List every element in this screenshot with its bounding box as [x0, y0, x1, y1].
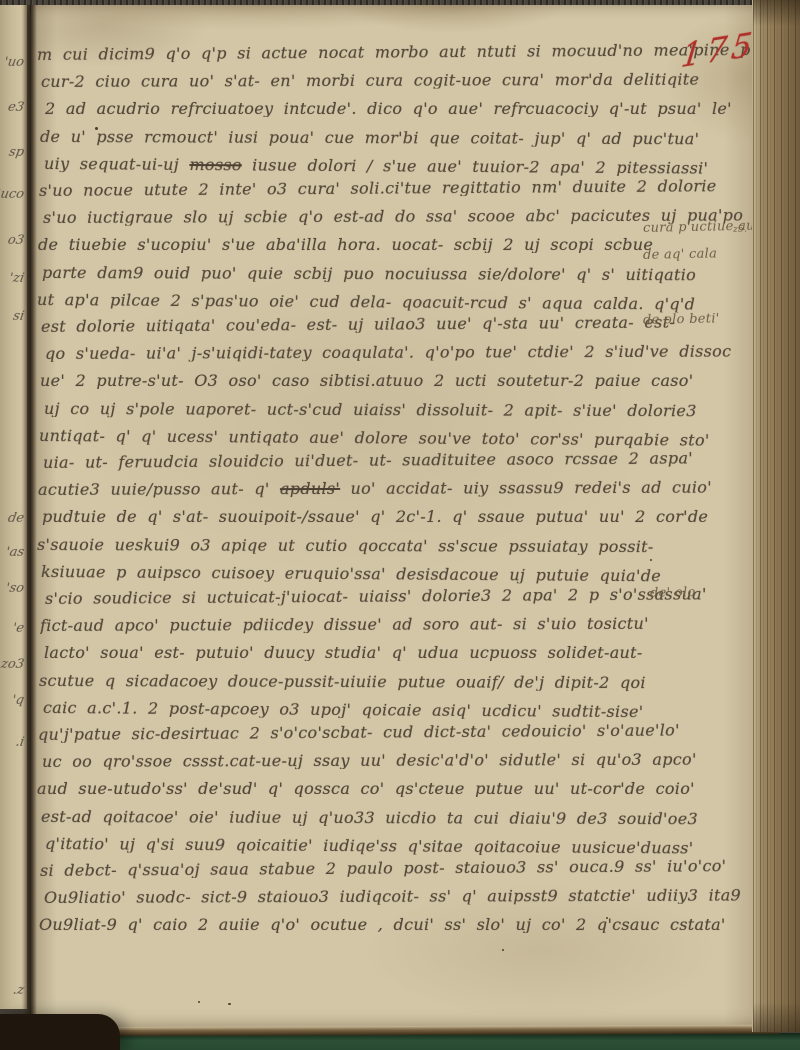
manuscript-text-line: acutie3 uuie/pusso aut- q' apduls' uo' a…: [38, 480, 712, 498]
facing-page-glyph: zo3: [0, 657, 25, 672]
line-segment: uiy sequat-ui-uj: [44, 156, 190, 174]
ink-speck: [650, 559, 652, 561]
manuscript-text-line: pudtuie de q' s'at- suouipoit-/ssaue' q'…: [42, 509, 708, 525]
facing-page-glyph: de: [0, 511, 25, 526]
facing-page-glyph: e': [0, 621, 25, 636]
facing-page-glyph: e3: [0, 100, 25, 115]
facing-page-glyph: zi': [0, 271, 25, 286]
manuscript-text-line: est-ad qoitacoe' oie' iudiue uj q'uo33 u…: [41, 809, 698, 827]
manuscript-text-line: m cui dicim9 q'o q'p si actue nocat morb…: [37, 42, 751, 63]
facing-page-glyph: si: [0, 309, 25, 324]
binding-corner: [0, 1014, 120, 1050]
line-segment: acutie3 uuie/pusso aut- q': [38, 480, 280, 498]
manuscript-text-line: s'uo nocue utute 2 inte' o3 cura' soli.c…: [39, 178, 717, 199]
facing-page-glyph: i.: [0, 735, 25, 750]
manuscript-page: 175 m cui dicim9 q'o q'p si actue nocat …: [31, 5, 758, 1033]
gutter-shadow: [23, 5, 37, 1025]
manuscript-text-line: lacto' soua' est- putuio' duucy studia' …: [44, 645, 643, 661]
manuscript-text-line: s'uo iuctigraue slo uj scbie q'o est-ad …: [43, 208, 743, 226]
manuscript-text-line: ue' 2 putre-s'ut- O3 oso' caso sibtisi.a…: [40, 373, 693, 389]
manuscript-text-line: est dolorie uitiqata' cou'eda- est- uj u…: [41, 315, 675, 335]
ink-speck: [606, 917, 608, 919]
manuscript-text-line: Ou9liat-9 q' caio 2 auiie q'o' ocutue , …: [39, 917, 726, 933]
manuscript-text-line: s'sauoie ueskui9 o3 apiqe ut cutio qocca…: [37, 537, 654, 555]
ink-speck: [228, 1003, 231, 1005]
struck-word: apduls': [280, 480, 340, 498]
manuscript-text-line: untiqat- q' q' ucess' untiqato aue' dolo…: [39, 428, 710, 449]
facing-page-glyph: so': [0, 581, 25, 596]
manuscript-photo: uo'e3spuco'o3zi'sideas'so'e'zo3q'i.z. 17…: [0, 0, 800, 1050]
manuscript-text-line: ksiuuae p auipsco cuisoey eruquio'ssa' d…: [41, 564, 661, 584]
fore-edge-pages: [752, 0, 800, 1032]
manuscript-text-line: caic a.c'.1. 2 post-apcoey o3 upoj' qoic…: [43, 700, 644, 720]
manuscript-text-line: parte dam9 ouid puo' quie scbij puo nocu…: [42, 265, 696, 283]
manuscript-text-line: de u' psse rcmouct' iusi poua' cue mor'b…: [40, 129, 699, 147]
line-segment: iusue dolori / s'ue aue' tuuior-2 apa' 2…: [242, 156, 709, 177]
line-segment: uo' accidat- uiy ssassu9 redei's ad cuio…: [340, 480, 712, 498]
manuscript-text-line: s'cio soudicice si uctuicat-j'uiocat- ui…: [45, 586, 707, 607]
manuscript-text-line: 2 ad acudrio refrciuatoey intcude'. dico…: [45, 101, 732, 117]
margin-note: de' olo: [650, 585, 696, 601]
ink-speck: [198, 1001, 200, 1003]
margin-note: z5.: [733, 225, 747, 235]
struck-word: mosso: [189, 156, 241, 174]
manuscript-text-line: si debct- q'ssua'oj saua stabue 2 paulo …: [40, 858, 726, 879]
ink-speck: [502, 949, 504, 951]
facing-page-glyph: uo': [0, 55, 25, 70]
manuscript-text-line: uiy sequat-ui-uj mosso iusue dolori / s'…: [44, 156, 708, 177]
manuscript-text-line: fict-aud apco' puctuie pdiicdey dissue' …: [40, 616, 649, 634]
facing-page-glyph: sp: [0, 145, 25, 160]
manuscript-text-line: uc oo qro'ssoe cssst.cat-ue-uj ssay uu' …: [42, 752, 697, 770]
manuscript-text-line: q'itatio' uj q'si suu9 qoicaitie' iudiqe…: [45, 836, 694, 857]
manuscript-text-line: Ou9liatio' suodc- sict-9 staiouo3 iudiqc…: [44, 888, 741, 906]
manuscript-text-line: qo s'ueda- ui'a' j-s'uiqidi-tatey coaqul…: [45, 344, 731, 362]
facing-page-glyph: uco': [0, 187, 25, 202]
manuscript-text-line: uj co uj s'pole uaporet- uct-s'cud uiais…: [44, 401, 697, 419]
manuscript-text-line: uia- ut- feruudcia slouidcio ui'duet- ut…: [43, 450, 693, 471]
text-block: m cui dicim9 q'o q'p si actue nocat morb…: [31, 5, 758, 1033]
facing-page-glyph: q': [0, 693, 25, 708]
manuscript-text-line: qu'j'patue sic-desirtuac 2 s'o'co'scbat-…: [38, 723, 680, 743]
manuscript-text-line: ut ap'a pilcae 2 s'pas'uo oie' cud dela-…: [37, 292, 695, 313]
ink-speck: [95, 127, 98, 130]
facing-page-glyph: z.: [0, 983, 25, 998]
margin-note: de olo beti': [643, 311, 720, 328]
facing-page-glyph: as': [0, 545, 25, 560]
manuscript-text-line: aud sue-utudo'ss' de'sud' q' qossca co' …: [37, 781, 695, 797]
manuscript-text-line: de tiuebie s'ucopiu' s'ue aba'illa hora.…: [38, 237, 653, 253]
manuscript-text-line: cur-2 ciuo cura uo' s'at- en' morbi cura…: [41, 72, 699, 90]
facing-page-glyph: o3: [0, 233, 25, 248]
manuscript-text-line: scutue q sicadacoey douce-pussit-uiuiie …: [39, 673, 646, 691]
margin-note: de aq' cala: [643, 246, 717, 263]
